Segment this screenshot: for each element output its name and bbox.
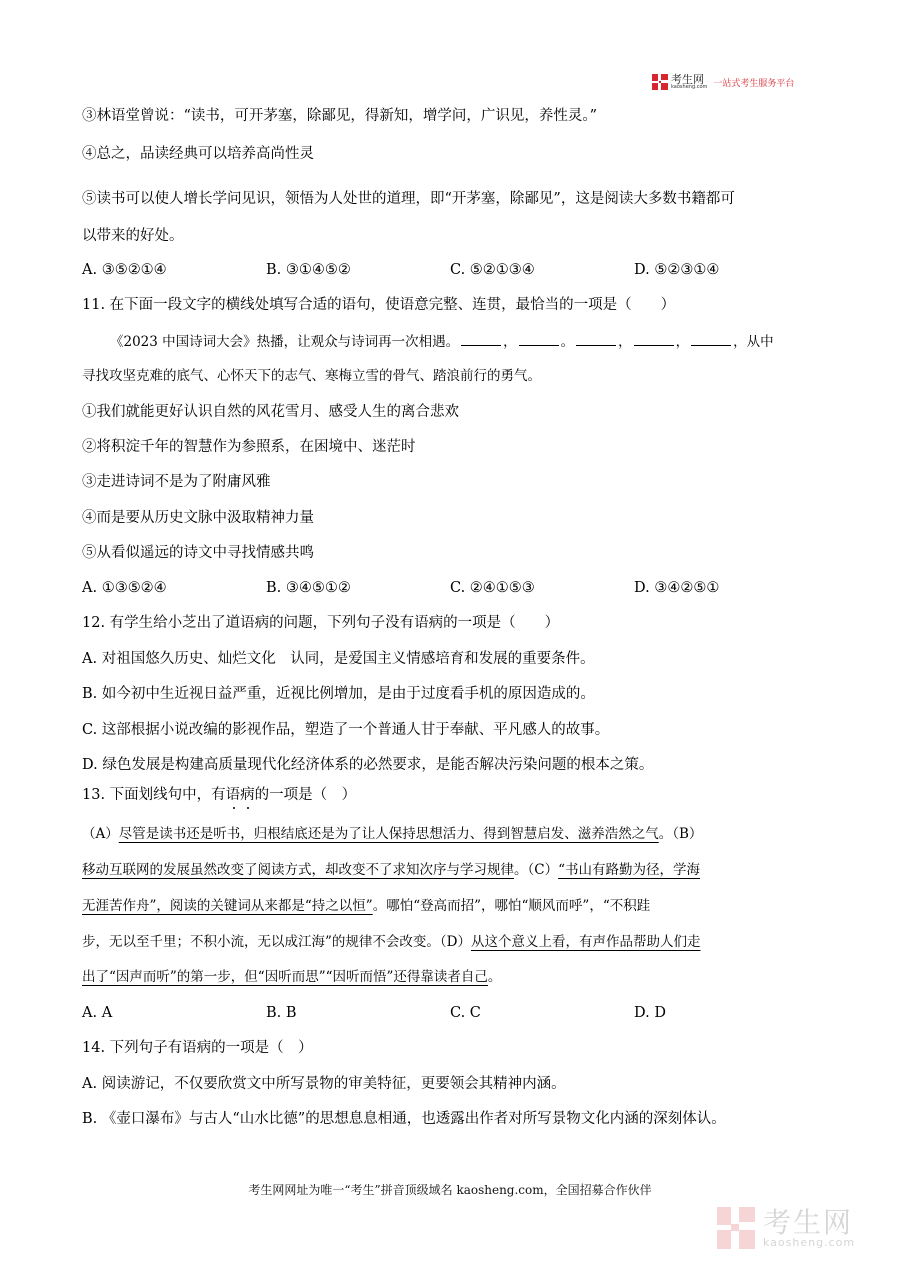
- underlined-sentence-b: 移动互联网的发展虽然改变了阅读方式，却改变不了求知次序与学习规律: [82, 862, 514, 878]
- q12-option-a: A. 对祖国悠久历史、灿烂文化 认同，是爱国主义情感培育和发展的重要条件。: [82, 649, 595, 669]
- q12-option-c: C. 这部根据小说改编的影视作品，塑造了一个普通人甘于奉献、平凡感人的故事。: [82, 720, 609, 740]
- q11-option-b: B. ③④⑤①②: [266, 578, 351, 598]
- q14-option-b: B. 《壶口瀑布》与古人“山水比德”的思想息息相通，也透露出作者对所写景物文化内…: [82, 1109, 726, 1129]
- q11-passage-end: ，从中: [733, 334, 774, 350]
- underlined-sentence-c-cont: 无涯苦作舟”，阅读的关键词从来都是“持之以恒”: [82, 898, 373, 914]
- blank-4: [634, 331, 674, 346]
- q10-item-5-line1: ⑤读书可以使人增长学问见识，领悟为人处世的道理，即“开茅塞，除鄙见”，这是阅读大…: [82, 189, 735, 209]
- q13-passage-line3: 无涯苦作舟”，阅读的关键词从来都是“持之以恒”。哪怕“登高而招”，哪怕“顺风而呼…: [82, 896, 650, 916]
- q10-option-d: D. ⑤②③①④: [634, 260, 719, 280]
- q11-passage-line1: 《2023 中国诗词大会》热播，让观众与诗词再一次相遇。，。，，，从中: [110, 331, 774, 352]
- q10-item-4: ④总之，品读经典可以培养高尚性灵: [82, 144, 314, 164]
- q10-item-3: ③林语堂曾说：“读书，可开茅塞，除鄙见，得新知，增学问，广识见，养性灵。”: [82, 106, 597, 126]
- q13-option-b: B. B: [266, 1003, 297, 1023]
- q11-item-2: ②将积淀千年的智慧作为参照系，在困境中、迷茫时: [82, 437, 416, 457]
- q10-option-c: C. ⑤②①③④: [450, 260, 535, 280]
- q13-stem: 13. 下面划线句中，有语病的一项是（ ）: [82, 785, 356, 805]
- underlined-sentence-c: “书山有路勤为径，学海: [558, 862, 700, 878]
- q11-stem: 11. 在下面一段文字的横线处填写合适的语句，使语意完整、连贯，最恰当的一项是（…: [82, 295, 675, 315]
- q13-passage-line1: （A）尽管是读书还是听书，归根结底还是为了让人保持思想活力、得到智慧启发、滋养浩…: [82, 824, 702, 844]
- q12-option-b: B. 如今初中生近视日益严重，近视比例增加，是由于过度看手机的原因造成的。: [82, 684, 595, 704]
- q13-passage-line2: 移动互联网的发展虽然改变了阅读方式，却改变不了求知次序与学习规律。（C）“书山有…: [82, 860, 700, 880]
- q11-item-5: ⑤从看似遥远的诗文中寻找情感共鸣: [82, 543, 314, 563]
- q11-item-3: ③走进诗词不是为了附庸风雅: [82, 472, 271, 492]
- watermark-domain: kaosheng.com: [763, 1237, 855, 1248]
- blank-2: [519, 331, 559, 346]
- q13-option-a: A. A: [82, 1003, 112, 1023]
- blank-5: [691, 331, 731, 346]
- q13-option-d: D. D: [634, 1003, 666, 1023]
- q11-option-c: C. ②④①⑤③: [450, 578, 535, 598]
- q11-passage-start: 《2023 中国诗词大会》热播，让观众与诗词再一次相遇。: [110, 334, 459, 350]
- watermark: 考生网 kaosheng.com: [717, 1207, 855, 1249]
- header-logo: 考生网 kaosheng.com 一站式考生服务平台: [652, 71, 794, 93]
- q12-stem: 12. 有学生给小芝出了道语病的问题，下列句子没有语病的一项是（ ）: [82, 613, 559, 633]
- q10-option-b: B. ③①④⑤②: [266, 260, 351, 280]
- emphasis-char: 语: [226, 787, 241, 803]
- q14-stem: 14. 下列句子有语病的一项是（ ）: [82, 1038, 313, 1058]
- q11-item-1: ①我们就能更好认识自然的风花雪月、感受人生的离合悲欢: [82, 402, 459, 422]
- q13-passage-line5: 出了“因声而听”的第一步，但“因听而思”“因听而悟”还得靠读者自己。: [82, 967, 501, 987]
- page-footer: 考生网网址为唯一“考生”拼音顶级域名 kaosheng.com，全国招募合作伙伴: [0, 1181, 900, 1198]
- underlined-sentence-a: 尽管是读书还是听书，归根结底还是为了让人保持思想活力、得到智慧启发、滋养浩然之气: [119, 826, 659, 842]
- q13-option-c: C. C: [450, 1003, 481, 1023]
- underlined-sentence-d: 从这个意义上看，有声作品帮助人们走: [471, 934, 701, 950]
- watermark-name: 考生网: [763, 1209, 855, 1237]
- logo-domain: kaosheng.com: [671, 85, 707, 90]
- blank-1: [461, 331, 501, 346]
- q11-item-4: ④而是要从历史文脉中汲取精神力量: [82, 508, 314, 528]
- blank-3: [576, 331, 616, 346]
- q10-item-5-line2: 以带来的好处。: [82, 226, 184, 246]
- q11-option-d: D. ③④②⑤①: [634, 578, 719, 598]
- logo-slogan: 一站式考生服务平台: [713, 76, 794, 89]
- underlined-sentence-d-cont: 出了“因声而听”的第一步，但“因听而思”“因听而悟”还得靠读者自己: [82, 969, 488, 985]
- watermark-logo-icon: [717, 1207, 755, 1249]
- q12-option-d: D. 绿色发展是构建高质量现代化经济体系的必然要求，是能否解决污染问题的根本之策…: [82, 755, 653, 775]
- q11-passage-line2: 寻找攻坚克难的底气、心怀天下的志气、寒梅立雪的骨气、踏浪前行的勇气。: [82, 366, 541, 386]
- q10-option-a: A. ③⑤②①④: [82, 260, 167, 280]
- q14-option-a: A. 阅读游记，不仅要欣赏文中所写景物的审美特征，更要领会其精神内涵。: [82, 1074, 566, 1094]
- q13-passage-line4: 步，无以至千里；不积小流，无以成江海”的规律不会改变。（D）从这个意义上看，有声…: [82, 932, 700, 952]
- q11-option-a: A. ①③⑤②④: [82, 578, 167, 598]
- kaosheng-logo-icon: [652, 74, 668, 90]
- emphasis-char: 病: [240, 787, 255, 803]
